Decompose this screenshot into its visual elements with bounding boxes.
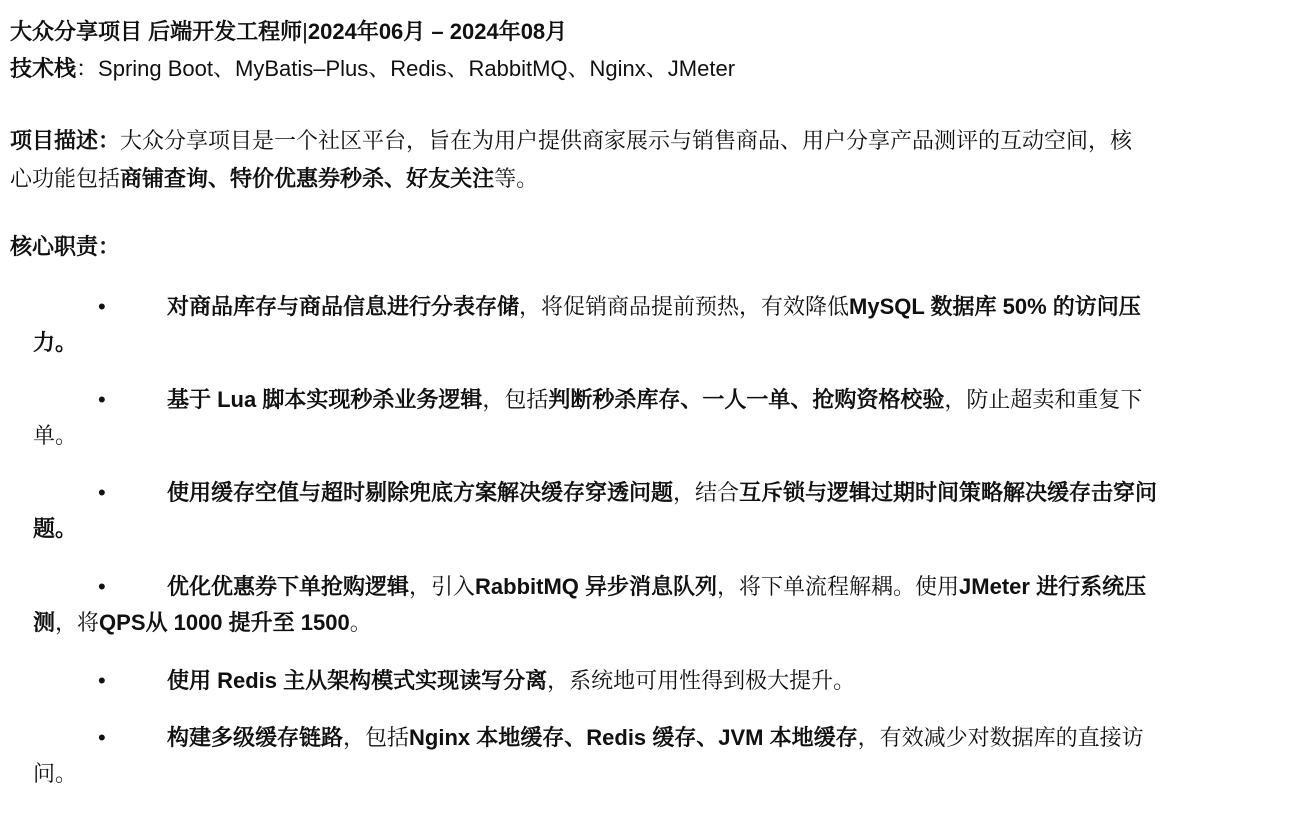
body-text: ，将	[55, 610, 99, 635]
body-text: ，防止超卖和重复下	[944, 387, 1142, 412]
project-period: 2024年06月 – 2024年08月	[308, 19, 567, 44]
body-text: ，系统地可用性得到极大提升。	[547, 668, 855, 693]
description-label: 项目描述：	[10, 128, 120, 153]
highlight-text: 基于 Lua 脚本实现秒杀业务逻辑	[167, 387, 482, 412]
responsibility-line-2: 力。	[33, 328, 77, 358]
highlight-text: Nginx 本地缓存、Redis 缓存、JVM 本地缓存	[409, 725, 858, 750]
responsibility-line-1: 构建多级缓存链路，包括Nginx 本地缓存、Redis 缓存、JVM 本地缓存，…	[167, 723, 1144, 753]
bullet-dot-icon: •	[98, 723, 106, 753]
responsibility-line-2: 问。	[33, 759, 77, 789]
highlight-text: JMeter 进行系统压	[959, 574, 1146, 599]
body-text: 单。	[33, 423, 77, 448]
responsibility-line-1: 对商品库存与商品信息进行分表存储，将促销商品提前预热，有效降低MySQL 数据库…	[167, 292, 1141, 322]
description-line-2: 心功能包括商铺查询、特价优惠券秒杀、好友关注等。	[10, 164, 538, 194]
responsibility-line-2: 单。	[33, 421, 77, 451]
responsibility-line-1: 优化优惠券下单抢购逻辑，引入RabbitMQ 异步消息队列，将下单流程解耦。使用…	[167, 572, 1146, 602]
tech-stack-colon: ：	[76, 56, 98, 81]
highlight-text: MySQL 数据库 50% 的访问压	[849, 294, 1141, 319]
feature-shop-query: 商铺查询	[120, 166, 208, 191]
highlight-text: 优化优惠券下单抢购逻辑	[167, 574, 409, 599]
bullet-dot-icon: •	[98, 666, 106, 696]
feature-separator: 、	[384, 166, 406, 191]
highlight-text: 对商品库存与商品信息进行分表存储	[167, 294, 519, 319]
project-name: 大众分享项目	[10, 19, 142, 44]
highlight-text: 测	[33, 610, 55, 635]
project-title-line: 大众分享项目 后端开发工程师|2024年06月 – 2024年08月	[10, 17, 567, 47]
responsibilities-heading: 核心职责：	[10, 232, 120, 262]
description-suffix: 等。	[494, 166, 538, 191]
description-line-1: 项目描述：大众分享项目是一个社区平台，旨在为用户提供商家展示与销售商品、用户分享…	[10, 126, 1132, 156]
highlight-text: RabbitMQ 异步消息队列	[475, 574, 717, 599]
project-role: 后端开发工程师	[148, 19, 302, 44]
highlight-text: 力。	[33, 330, 77, 355]
body-text: 问。	[33, 761, 77, 786]
highlight-text: 构建多级缓存链路	[167, 725, 343, 750]
tech-stack-line: 技术栈：Spring Boot、MyBatis–Plus、Redis、Rabbi…	[10, 54, 735, 84]
feature-friend-follow: 好友关注	[406, 166, 494, 191]
body-text: ，将下单流程解耦。使用	[717, 574, 959, 599]
highlight-text: 使用缓存空值与超时剔除兜底方案解决缓存穿透问题	[167, 480, 673, 505]
responsibility-line-1: 基于 Lua 脚本实现秒杀业务逻辑，包括判断秒杀库存、一人一单、抢购资格校验，防…	[167, 385, 1142, 415]
description-prefix: 心功能包括	[10, 166, 120, 191]
responsibility-line-2: 测，将QPS从 1000 提升至 1500。	[33, 608, 372, 638]
body-text: 。	[350, 610, 372, 635]
highlight-text: QPS从 1000 提升至 1500	[99, 610, 350, 635]
body-text: ，引入	[409, 574, 475, 599]
description-text: 大众分享项目是一个社区平台，旨在为用户提供商家展示与销售商品、用户分享产品测评的…	[120, 128, 1132, 153]
highlight-text: 使用 Redis 主从架构模式实现读写分离	[167, 668, 547, 693]
feature-coupon-seckill: 特价优惠券秒杀	[230, 166, 384, 191]
bullet-dot-icon: •	[98, 385, 106, 415]
bullet-dot-icon: •	[98, 478, 106, 508]
body-text: ，包括	[343, 725, 409, 750]
highlight-text: 判断秒杀库存、一人一单、抢购资格校验	[548, 387, 944, 412]
responsibility-line-2: 题。	[33, 514, 77, 544]
body-text: ，包括	[482, 387, 548, 412]
tech-stack-label: 技术栈	[10, 56, 76, 81]
body-text: ，结合	[673, 480, 739, 505]
highlight-text: 互斥锁与逻辑过期时间策略解决缓存击穿问	[739, 480, 1157, 505]
responsibility-line-1: 使用缓存空值与超时剔除兜底方案解决缓存穿透问题，结合互斥锁与逻辑过期时间策略解决…	[167, 478, 1157, 508]
feature-separator: 、	[208, 166, 230, 191]
body-text: ，将促销商品提前预热，有效降低	[519, 294, 849, 319]
bullet-dot-icon: •	[98, 292, 106, 322]
responsibility-line-1: 使用 Redis 主从架构模式实现读写分离，系统地可用性得到极大提升。	[167, 666, 855, 696]
body-text: ，有效减少对数据库的直接访	[858, 725, 1144, 750]
tech-stack-value: Spring Boot、MyBatis–Plus、Redis、RabbitMQ、…	[98, 56, 735, 81]
bullet-dot-icon: •	[98, 572, 106, 602]
highlight-text: 题。	[33, 516, 77, 541]
